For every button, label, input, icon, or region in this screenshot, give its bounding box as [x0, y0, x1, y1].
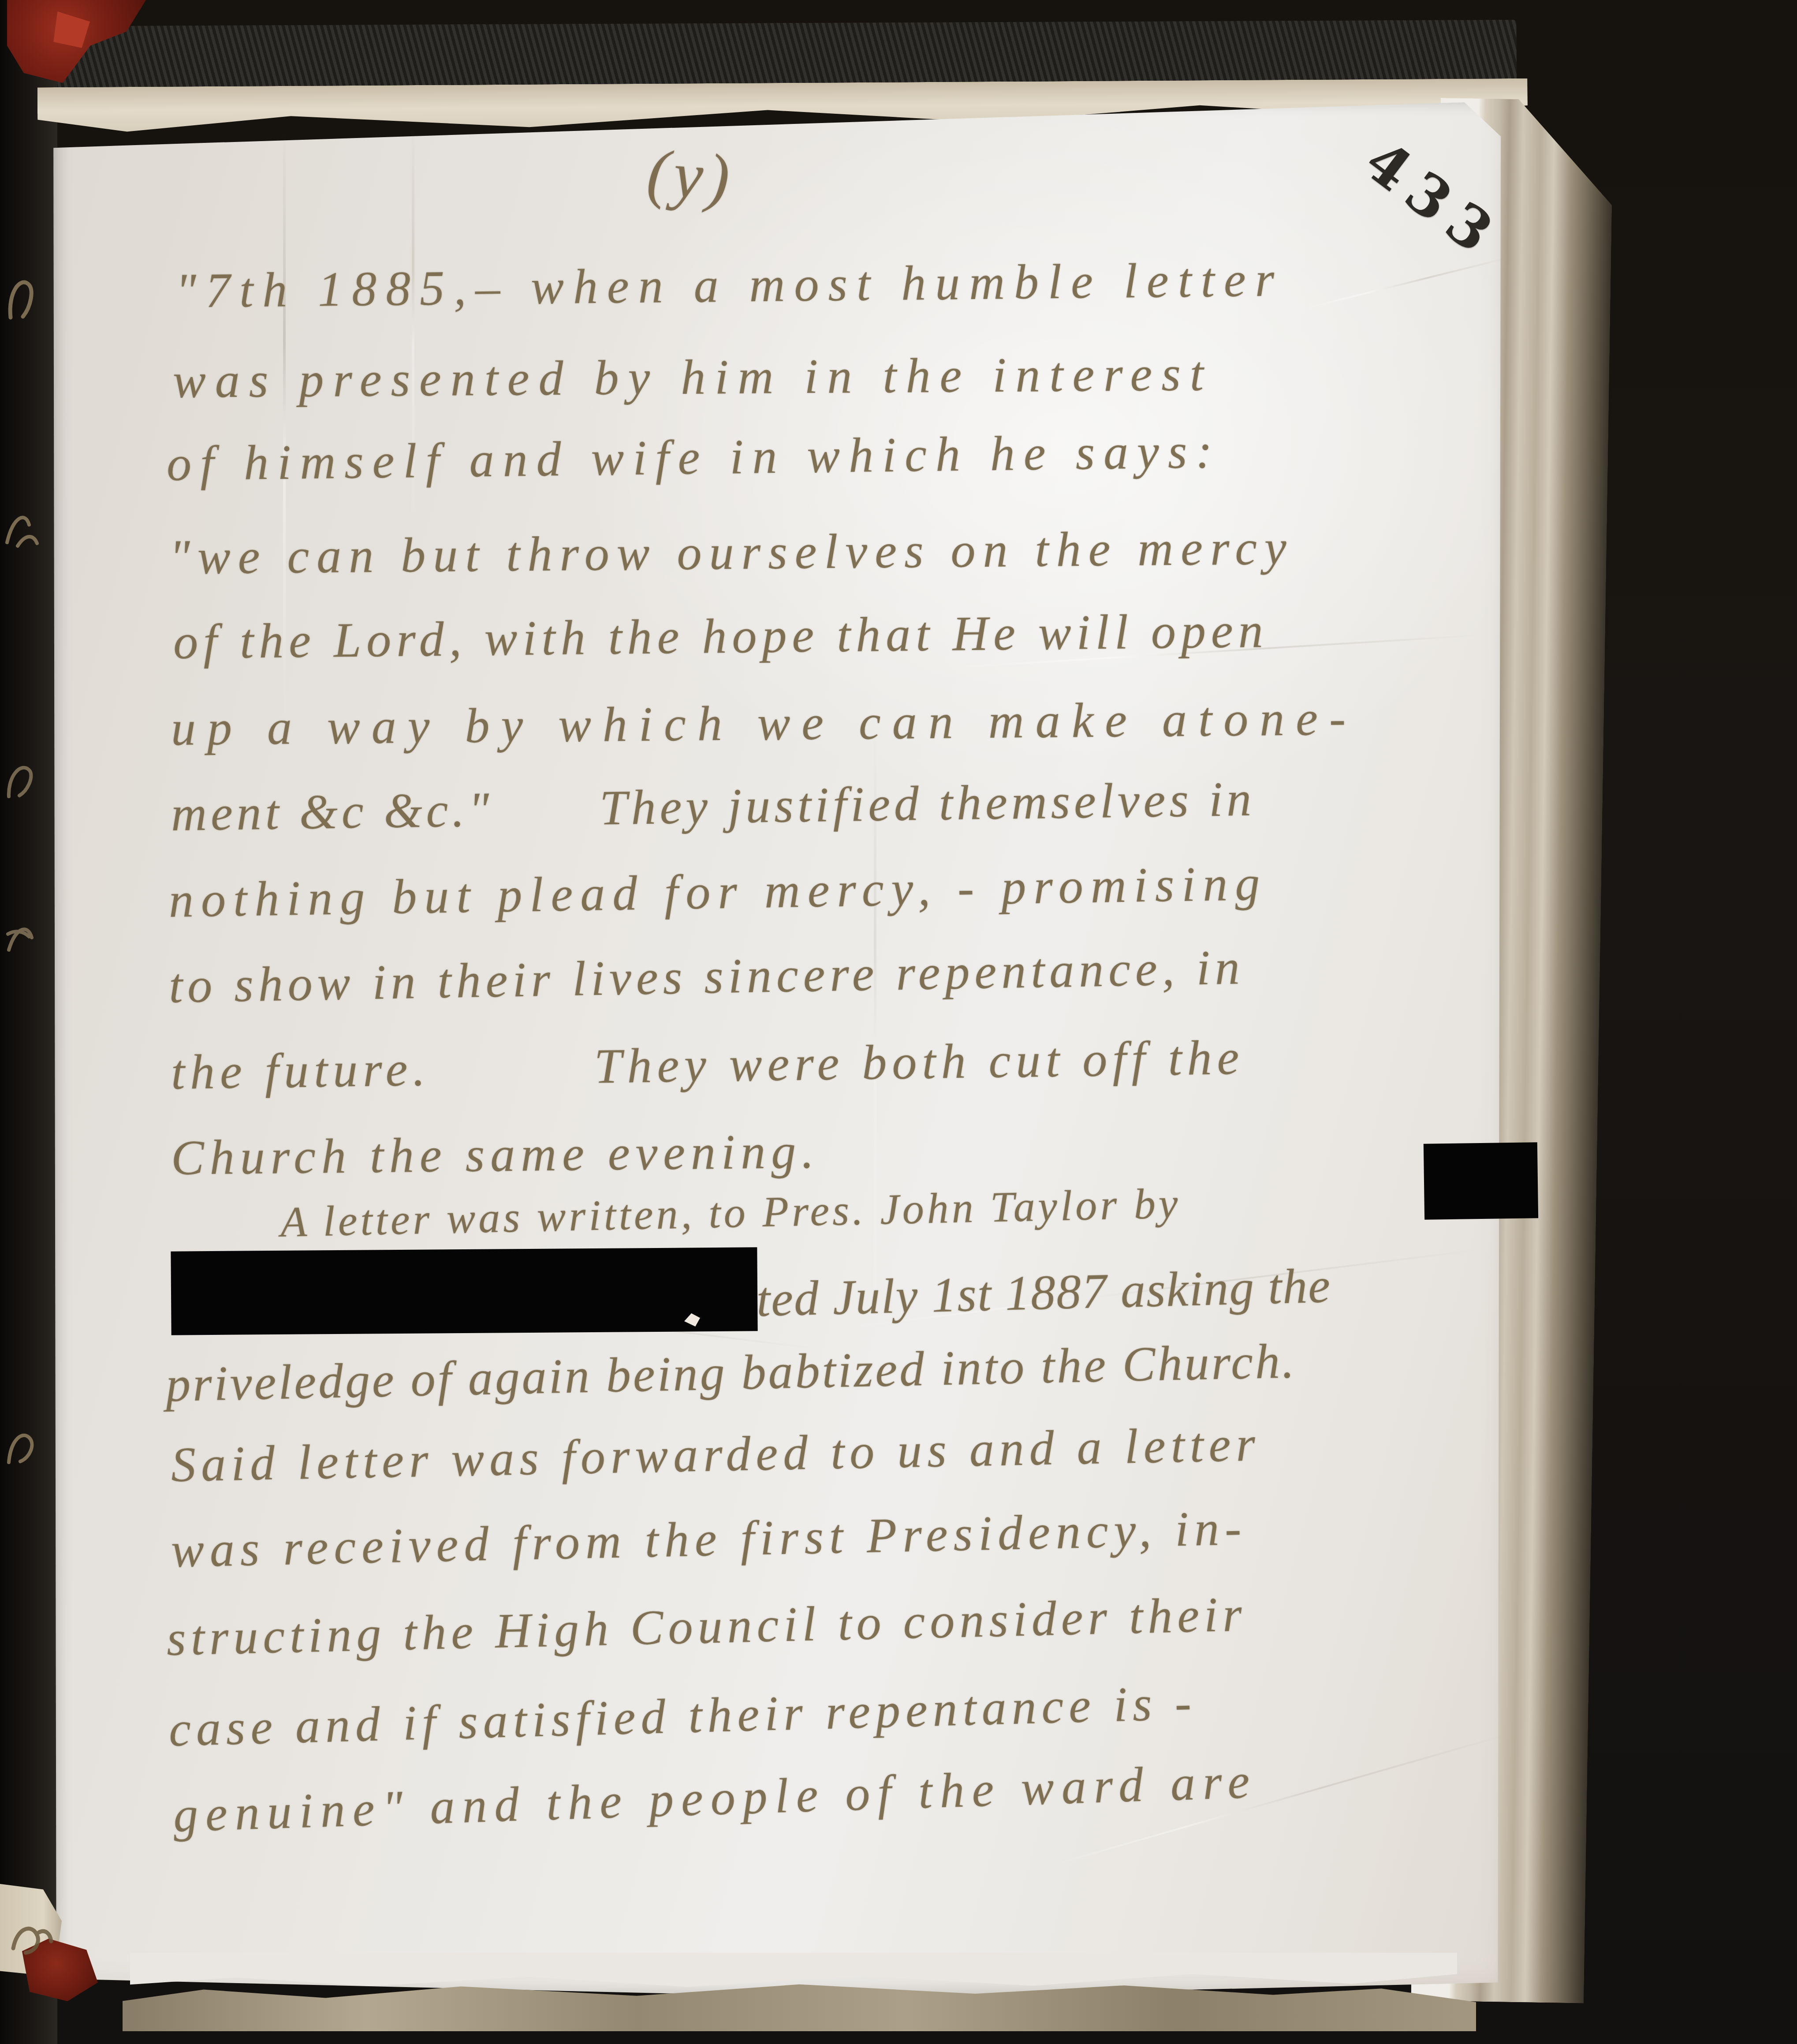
margin-ink-fragment [3, 494, 45, 558]
handwritten-line-4: "we can but throw ourselves on the mercy [169, 519, 1294, 586]
handwritten-line-1: "7th 1885,– when a most humble letter [175, 251, 1283, 320]
margin-ink-fragment [8, 1904, 56, 1970]
margin-ink-fragment [4, 265, 46, 329]
handwritten-line-6: up a way by which we can make atone- [171, 690, 1357, 757]
handwritten-line-11: Church the same evening. [171, 1123, 820, 1187]
folio-mark: (y) [645, 135, 736, 216]
margin-ink-fragment [4, 744, 45, 808]
margin-ink-fragment [3, 901, 45, 964]
scanned-manuscript-page: (y) 433 "7th 1885,– when a most humble l… [0, 0, 1797, 2044]
redaction-box-large [171, 1247, 757, 1335]
redaction-box-small [1424, 1142, 1538, 1220]
handwritten-line-2: was presented by him in the interest [173, 346, 1213, 410]
handwritten-line-5: of the Lord, with the hope that He will … [173, 602, 1268, 671]
margin-ink-fragment [4, 1411, 45, 1475]
